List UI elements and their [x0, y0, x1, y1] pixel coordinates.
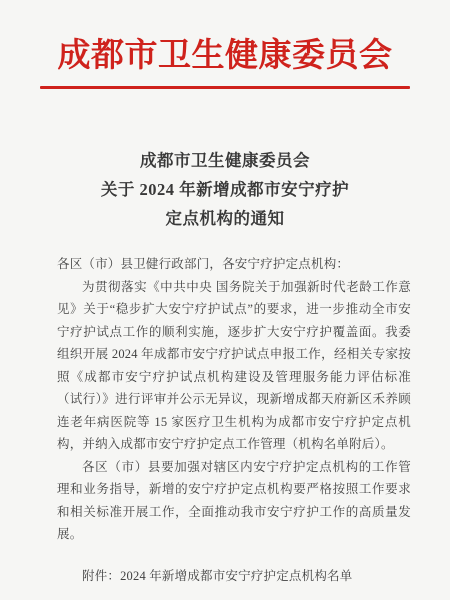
- body-paragraph-2: 各区（市）县要加强对辖区内安宁疗护定点机构的工作管理和业务指导，新增的安宁疗护定…: [57, 456, 411, 546]
- letterhead-org-name: 成都市卫生健康委员会: [0, 30, 450, 82]
- document-title-line-2: 关于 2024 年新增成都市安宁疗护: [0, 175, 450, 204]
- attachment-line: 附件：2024 年新增成都市安宁疗护定点机构名单: [57, 565, 411, 588]
- body-paragraph-1: 为贯彻落实《中共中央 国务院关于加强新时代老龄工作意见》关于“稳步扩大安宁疗护试…: [57, 276, 411, 456]
- document-title-line-1: 成都市卫生健康委员会: [0, 146, 450, 175]
- salutation-line: 各区（市）县卫健行政部门，各安宁疗护定点机构：: [57, 253, 411, 276]
- document-page: 成都市卫生健康委员会 成都市卫生健康委员会 关于 2024 年新增成都市安宁疗护…: [0, 0, 450, 600]
- letterhead-divider-rule: [40, 86, 410, 89]
- document-title: 成都市卫生健康委员会 关于 2024 年新增成都市安宁疗护 定点机构的通知: [0, 146, 450, 233]
- document-title-line-3: 定点机构的通知: [0, 204, 450, 233]
- letterhead: 成都市卫生健康委员会: [0, 30, 450, 89]
- document-body: 各区（市）县卫健行政部门，各安宁疗护定点机构： 为贯彻落实《中共中央 国务院关于…: [57, 253, 411, 587]
